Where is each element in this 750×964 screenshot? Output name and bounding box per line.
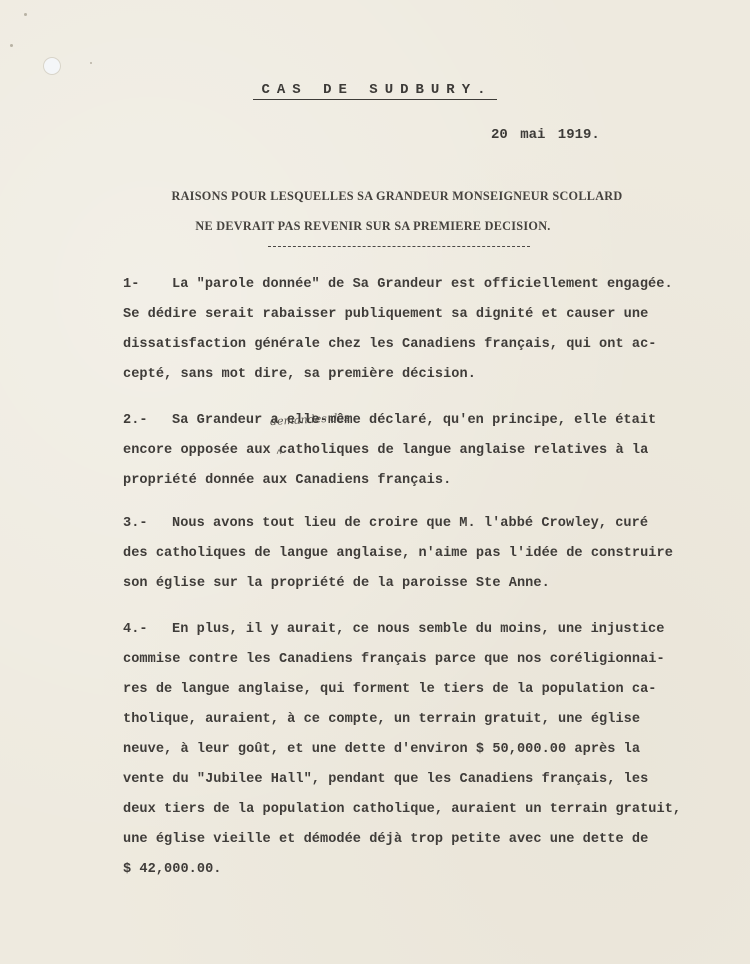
paragraph-line: Nous avons tout lieu de croire que M. l'…: [172, 516, 648, 531]
paragraph-4: 4.-En plus, il y aurait, ce nous semble …: [123, 615, 723, 885]
subheading-line-1: RAISONS POUR LESQUELLES SA GRANDEUR MONS…: [45, 188, 750, 204]
paragraph-line: encore opposée aux catholiques de langue…: [123, 436, 723, 466]
paper-speck: [90, 62, 92, 64]
paragraph-line: neuve, à leur goût, et une dette d'envir…: [123, 735, 723, 765]
paragraph-line: $ 42,000.00.: [123, 855, 723, 885]
separator-rule: [268, 246, 530, 247]
paragraph-line: une église vieille et démodée déjà trop …: [123, 825, 723, 855]
paragraph-number: 1-: [123, 270, 172, 300]
paragraph-line: cepté, sans mot dire, sa première décisi…: [123, 360, 723, 390]
paragraph-number: 2.-: [123, 406, 172, 436]
paragraph-line: commise contre les Canadiens français pa…: [123, 645, 723, 675]
paragraph-1: 1-La "parole donnée" de Sa Grandeur est …: [123, 270, 723, 390]
punch-hole: [43, 57, 61, 75]
paper-speck: [10, 44, 13, 47]
paragraph-line: En plus, il y aurait, ce nous semble du …: [172, 622, 664, 637]
subheading-line-2: NE DEVRAIT PAS REVENIR SUR SA PREMIERE D…: [21, 218, 726, 234]
paper-page: CAS DE SUDBURY. 20 mai 1919. RAISONS POU…: [0, 0, 750, 964]
paragraph-line: des catholiques de langue anglaise, n'ai…: [123, 539, 723, 569]
document-date: 20 mai 1919.: [491, 127, 600, 143]
paragraph-line: propriété donnée aux Canadiens français.: [123, 466, 723, 496]
paragraph-line: tholique, auraient, à ce compte, un terr…: [123, 705, 723, 735]
paper-speck: [24, 13, 27, 16]
paragraph-line: vente du "Jubilee Hall", pendant que les…: [123, 765, 723, 795]
paragraph-number: 3.-: [123, 509, 172, 539]
paragraph-line: son église sur la propriété de la parois…: [123, 569, 723, 599]
paragraph-number: 4.-: [123, 615, 172, 645]
paragraph-3: 3.-Nous avons tout lieu de croire que M.…: [123, 509, 723, 599]
paragraph-line: deux tiers de la population catholique, …: [123, 795, 723, 825]
paragraph-line: Sa Grandeur a elle-même déclaré, qu'en p…: [172, 413, 656, 428]
paragraph-2: 2.-Sa Grandeur a elle-même déclaré, qu'e…: [123, 406, 723, 496]
paragraph-line: Se dédire serait rabaisser publiquement …: [123, 300, 723, 330]
paragraph-line: res de langue anglaise, qui forment le t…: [123, 675, 723, 705]
paragraph-line: La "parole donnée" de Sa Grandeur est of…: [172, 277, 673, 292]
document-title: CAS DE SUDBURY.: [0, 82, 750, 98]
paragraph-line: dissatisfaction générale chez les Canadi…: [123, 330, 723, 360]
